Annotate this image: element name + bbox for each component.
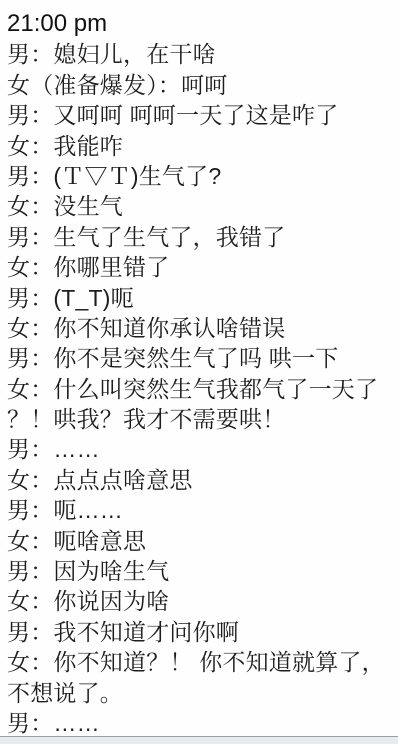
chat-line: 男：(T_T)呃 — [7, 283, 394, 313]
chat-line: 女：你哪里错了 — [7, 252, 394, 282]
chat-line: 男：(Ｔ▽Ｔ)生气了? — [7, 161, 394, 191]
chat-line: 女：你不知道？！ 你不知道就算了， — [7, 647, 394, 677]
timestamp: 21:00 pm — [7, 9, 394, 39]
chat-line: 男：呃…… — [7, 495, 394, 525]
chat-line: 男：又呵呵 呵呵一天了这是咋了 — [7, 100, 394, 130]
chat-line: 女：你说因为啥 — [7, 586, 394, 616]
chat-line-wrap-continuation: 不想说了。 — [7, 678, 394, 708]
chat-line: 男：我不知道才问你啊 — [7, 617, 394, 647]
chat-line: 男：你不是突然生气了吗 哄一下 — [7, 343, 394, 373]
chat-line: 男：…… — [7, 434, 394, 464]
chat-transcript: 21:00 pm 男：媳妇儿，在干啥 女（准备爆发）：呵呵 男：又呵呵 呵呵一天… — [0, 0, 398, 738]
chat-line: 女：什么叫突然生气我都气了一天了 — [7, 374, 394, 404]
chat-line-wrap-continuation: ？！哄我？我才不需要哄！ — [7, 404, 394, 434]
chat-line: 女：没生气 — [7, 191, 394, 221]
chat-line: 女（准备爆发）：呵呵 — [7, 70, 394, 100]
chat-line: 女：呃啥意思 — [7, 526, 394, 556]
chat-line: 男：…… — [7, 708, 394, 738]
bottom-edge-strip — [0, 736, 398, 744]
chat-line: 女：你不知道你承认啥错误 — [7, 313, 394, 343]
chat-line: 男：生气了生气了，我错了 — [7, 222, 394, 252]
chat-line: 男：因为啥生气 — [7, 556, 394, 586]
chat-line: 女：我能咋 — [7, 131, 394, 161]
chat-line: 男：媳妇儿，在干啥 — [7, 39, 394, 69]
chat-line: 女：点点点啥意思 — [7, 465, 394, 495]
